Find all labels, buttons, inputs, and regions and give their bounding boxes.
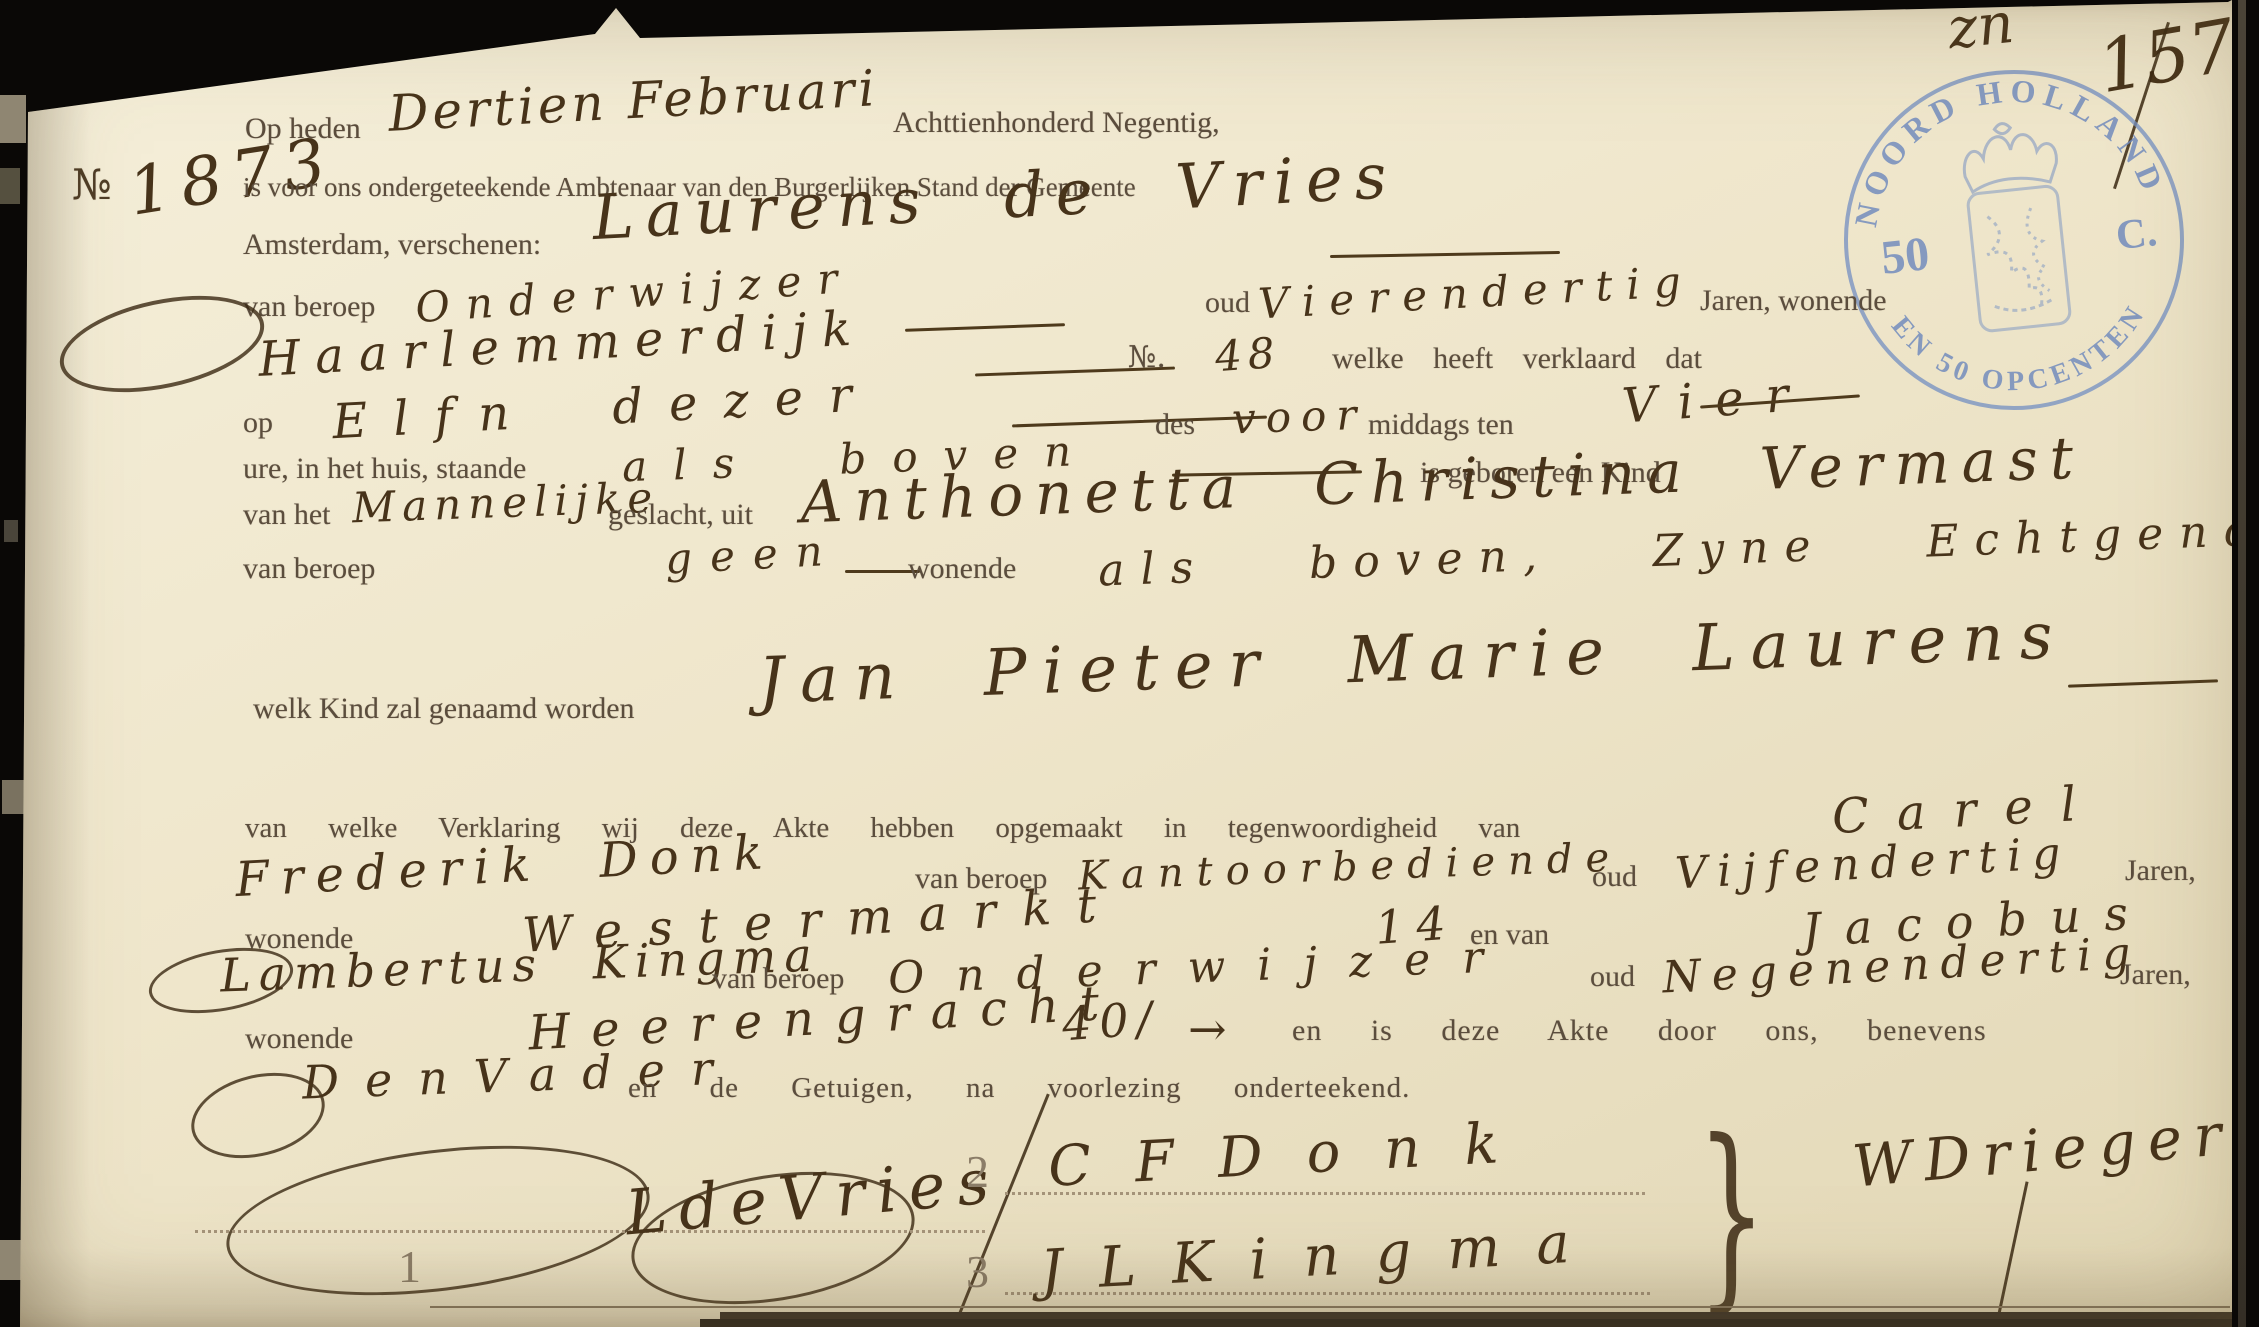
- page-edge-fragment: [2, 780, 24, 814]
- page-edge-fragment: [0, 95, 26, 143]
- declarant-name: Laurens de Vries: [591, 139, 1400, 254]
- svg-text:EN 50 OPCENTEN: EN 50 OPCENTEN: [1883, 285, 2160, 411]
- signature-witness2: JLKingma: [1039, 1209, 1607, 1304]
- act-number-label: №: [72, 160, 112, 209]
- signature-flourish: [218, 1125, 658, 1317]
- filler-dash: [2068, 679, 2218, 687]
- form-year: Achttienhonderd Negentig,: [893, 106, 1220, 140]
- page-edge-fragment: [4, 520, 18, 542]
- form-des: des: [1155, 408, 1195, 442]
- form-jaren-w1: Jaren,: [2125, 854, 2196, 888]
- form-welk-kind: welk Kind zal genaamd worden: [253, 692, 635, 726]
- signature-line-1: [195, 1230, 985, 1233]
- form-middags-ten: middags ten: [1368, 408, 1514, 442]
- mother-occupation: geen: [664, 525, 842, 583]
- stamp-c: C.: [2114, 209, 2159, 259]
- right-page-edge: [2238, 0, 2246, 1327]
- form-jaren-w2: Jaren,: [2120, 958, 2191, 992]
- declarant-house-number: 48: [1213, 328, 1282, 381]
- form-getuigen: en de Getuigen, na voorlezing onderteeke…: [628, 1072, 1410, 1105]
- form-oud-w1: oud: [1592, 860, 1637, 894]
- page-edge-fragment: [0, 168, 20, 204]
- birth-daypart: voor: [1231, 390, 1367, 444]
- form-welke: welke heeft verklaard dat: [1332, 342, 1702, 376]
- flourish: [51, 279, 273, 408]
- form-geslacht: geslacht, uit: [608, 498, 753, 532]
- stamp-region-text: NOORD HOLLAND: [1833, 56, 2174, 233]
- form-op-heden: Op heden: [245, 112, 361, 146]
- witness2-house-number: 40/: [1060, 991, 1162, 1052]
- svg-text:NOORD HOLLAND: NOORD HOLLAND: [1833, 56, 2174, 233]
- form-jaren-wonende: Jaren, wonende: [1700, 284, 1887, 318]
- signature-brace: }: [1697, 1098, 1767, 1327]
- form-oud-w2: oud: [1590, 960, 1635, 994]
- form-van-beroep-mother: van beroep: [243, 552, 375, 586]
- signature-registrar: WDrieger: [1850, 1099, 2236, 1200]
- form-no: №.: [1128, 340, 1166, 375]
- signature-number-1: 1: [398, 1240, 421, 1293]
- filler-dash: [905, 323, 1065, 332]
- witness1-age: Vijfendertig: [1674, 828, 2073, 900]
- stamp-crown-icon: [1960, 118, 2059, 192]
- form-oud: oud: [1205, 286, 1250, 320]
- form-van-het: van het: [243, 498, 330, 532]
- signature-number-3: 3: [966, 1245, 989, 1298]
- bottom-shadow-band: [700, 1319, 2232, 1327]
- form-wonende-w2: wonende: [245, 1022, 353, 1056]
- form-en-is: en is deze Akte door ons, benevens: [1292, 1014, 1987, 1048]
- stamp-value-text: EN 50 OPCENTEN: [1883, 285, 2160, 411]
- filler-dash: [1012, 416, 1267, 428]
- stamp-lion-shield-icon: [1967, 185, 2071, 332]
- revenue-stamp: NOORD HOLLAND EN 50 OPCENTEN 50 C.: [1821, 47, 2208, 434]
- signature-witness1: CFDonk: [1047, 1109, 1544, 1200]
- bottom-rule-thin: [430, 1306, 2230, 1308]
- declarant-age: Vierendertig: [1257, 257, 1696, 329]
- revenue-stamp-graphic: NOORD HOLLAND EN 50 OPCENTEN 50 C.: [1821, 47, 2208, 434]
- birth-certificate-scan: № 1873 zn 157 NOORD HOLLAND EN 50 OPCENT…: [0, 0, 2259, 1327]
- form-amsterdam: Amsterdam, verschenen:: [243, 228, 541, 262]
- date-entry: Dertien Februari: [387, 59, 880, 143]
- ink-arrow: →: [1188, 1002, 1227, 1056]
- certificate-paper: № 1873 zn 157 NOORD HOLLAND EN 50 OPCENT…: [0, 0, 2259, 1327]
- child-name: Jan Pieter Marie Laurens: [757, 599, 2069, 719]
- form-op: op: [243, 406, 273, 440]
- corner-note: zn: [1945, 0, 2017, 62]
- stamp-50: 50: [1878, 227, 1931, 285]
- form-verklaring: van welke Verklaring wij deze Akte hebbe…: [245, 812, 1520, 845]
- signature-number-2: 2: [966, 1145, 989, 1198]
- filler-dash: [1330, 251, 1560, 258]
